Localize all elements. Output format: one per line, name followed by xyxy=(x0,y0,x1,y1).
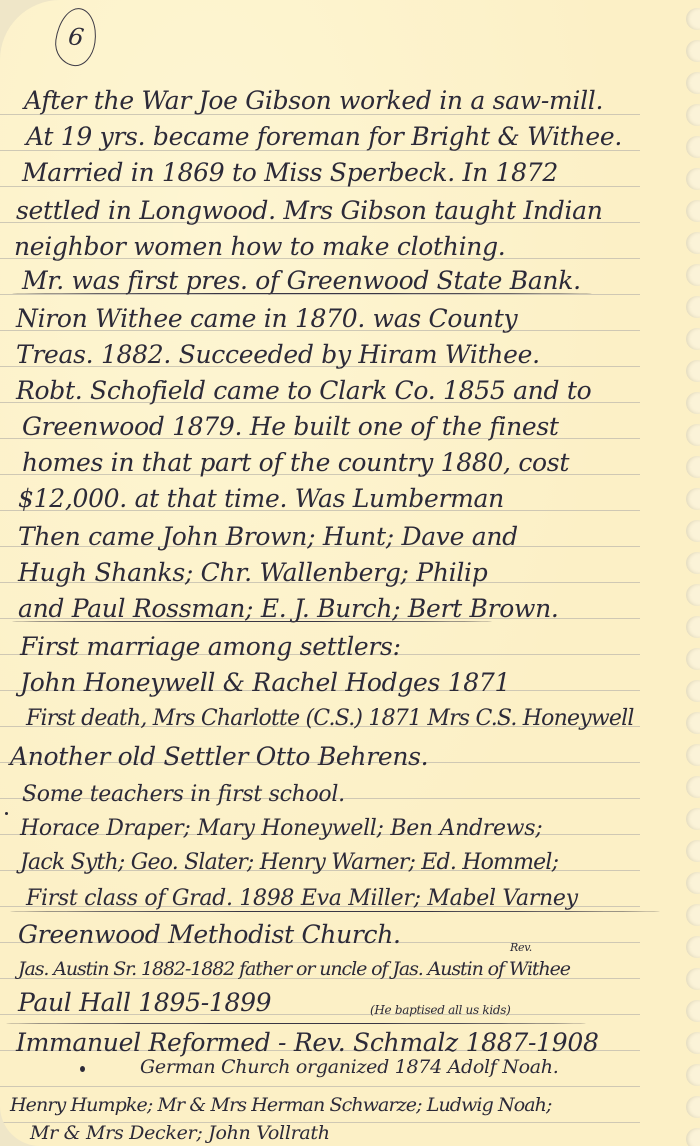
handwritten-line: Mr. was first pres. of Greenwood State B… xyxy=(22,268,581,293)
perforation-hole xyxy=(686,1128,700,1146)
handwritten-line: First marriage among settlers: xyxy=(20,634,401,659)
perforation-hole xyxy=(686,8,700,30)
handwritten-line: Henry Humpke; Mr & Mrs Herman Schwarze; … xyxy=(10,1096,552,1115)
handwritten-line: Mr & Mrs Decker; John Vollrath xyxy=(30,1124,330,1143)
perforation-hole xyxy=(686,232,700,254)
handwritten-line: At 19 yrs. became foreman for Bright & W… xyxy=(26,124,622,149)
underline xyxy=(12,292,592,294)
handwritten-line: Immanuel Reformed - Rev. Schmalz 1887-19… xyxy=(16,1030,599,1055)
page-number: 6 xyxy=(52,5,100,68)
handwritten-line: homes in that part of the country 1880, … xyxy=(22,450,569,475)
underline xyxy=(10,910,660,912)
perforation-hole xyxy=(686,872,700,894)
perforation-hole xyxy=(686,1032,700,1054)
handwritten-line: $12,000. at that time. Was Lumberman xyxy=(18,486,504,511)
handwritten-line: Married in 1869 to Miss Sperbeck. In 187… xyxy=(22,160,558,185)
perforation-hole xyxy=(686,616,700,638)
handwritten-line: Greenwood Methodist Church. xyxy=(18,922,401,947)
rev-superscript: Rev. xyxy=(510,942,532,953)
handwritten-line: John Honeywell & Rachel Hodges 1871 xyxy=(20,670,510,695)
handwritten-line: Jas. Austin Sr. 1882-1882 father or uncl… xyxy=(18,960,570,979)
perforation-hole xyxy=(686,424,700,446)
handwritten-line: Horace Draper; Mary Honeywell; Ben Andre… xyxy=(20,818,542,840)
perforation-hole xyxy=(686,1064,700,1086)
handwritten-line: Another old Settler Otto Behrens. xyxy=(10,744,428,769)
perforation-hole xyxy=(686,840,700,862)
perforation-hole xyxy=(686,904,700,926)
perforation-hole xyxy=(686,680,700,702)
perforation-hole xyxy=(686,296,700,318)
underline xyxy=(12,620,492,622)
perforation-hole xyxy=(686,40,700,62)
handwritten-line: settled in Longwood. Mrs Gibson taught I… xyxy=(16,198,603,223)
perforation-hole xyxy=(686,104,700,126)
perforation-hole xyxy=(686,968,700,990)
handwritten-line: Niron Withee came in 1870. was County xyxy=(16,306,517,331)
perforation-hole xyxy=(686,264,700,286)
perforation-hole xyxy=(686,488,700,510)
perforation-hole xyxy=(686,136,700,158)
handwritten-line: Some teachers in first school. xyxy=(22,784,345,806)
perforation-hole xyxy=(686,328,700,350)
perforation-hole xyxy=(686,200,700,222)
perforation-hole xyxy=(686,520,700,542)
handwritten-line: Greenwood 1879. He built one of the fine… xyxy=(22,414,559,439)
perforation-hole xyxy=(686,808,700,830)
perforation-hole xyxy=(686,168,700,190)
handwritten-line: Hugh Shanks; Chr. Wallenberg; Philip xyxy=(18,560,487,585)
handwritten-line: First death, Mrs Charlotte (C.S.) 1871 M… xyxy=(26,708,634,730)
handwritten-line: After the War Joe Gibson worked in a saw… xyxy=(24,88,603,113)
perforation-hole xyxy=(686,584,700,606)
handwritten-line: First class of Grad. 1898 Eva Miller; Ma… xyxy=(26,888,578,910)
handwritten-line: Then came John Brown; Hunt; Dave and xyxy=(18,524,518,549)
ink-dot xyxy=(5,812,8,815)
perforation-hole xyxy=(686,776,700,798)
notebook-page: 6 After the War Joe Gibson worked in a s… xyxy=(0,0,700,1146)
perforation-hole xyxy=(686,936,700,958)
perforation-hole xyxy=(686,392,700,414)
baptised-note: (He baptised all us kids) xyxy=(370,1004,510,1016)
handwritten-line: Treas. 1882. Succeeded by Hiram Withee. xyxy=(16,342,540,367)
perforation-hole xyxy=(686,712,700,734)
handwritten-line: Jack Syth; Geo. Slater; Henry Warner; Ed… xyxy=(20,852,558,874)
handwritten-line: and Paul Rossman; E. J. Burch; Bert Brow… xyxy=(18,596,559,621)
perforation-hole xyxy=(686,1096,700,1118)
perforation-hole xyxy=(686,648,700,670)
perforation-hole xyxy=(686,744,700,766)
handwritten-line: Paul Hall 1895-1899 xyxy=(18,990,271,1015)
handwritten-line: German Church organized 1874 Adolf Noah. xyxy=(140,1058,558,1077)
handwritten-line: Robt. Schofield came to Clark Co. 1855 a… xyxy=(16,378,591,403)
perforation-hole xyxy=(686,72,700,94)
perforation-hole xyxy=(686,456,700,478)
perforation-hole xyxy=(686,360,700,382)
underline xyxy=(6,1022,586,1024)
ink-dot xyxy=(80,1066,85,1072)
ruled-line xyxy=(0,1086,640,1087)
handwritten-line: neighbor women how to make clothing. xyxy=(14,234,505,259)
perforation-hole xyxy=(686,1000,700,1022)
perforation-hole xyxy=(686,552,700,574)
